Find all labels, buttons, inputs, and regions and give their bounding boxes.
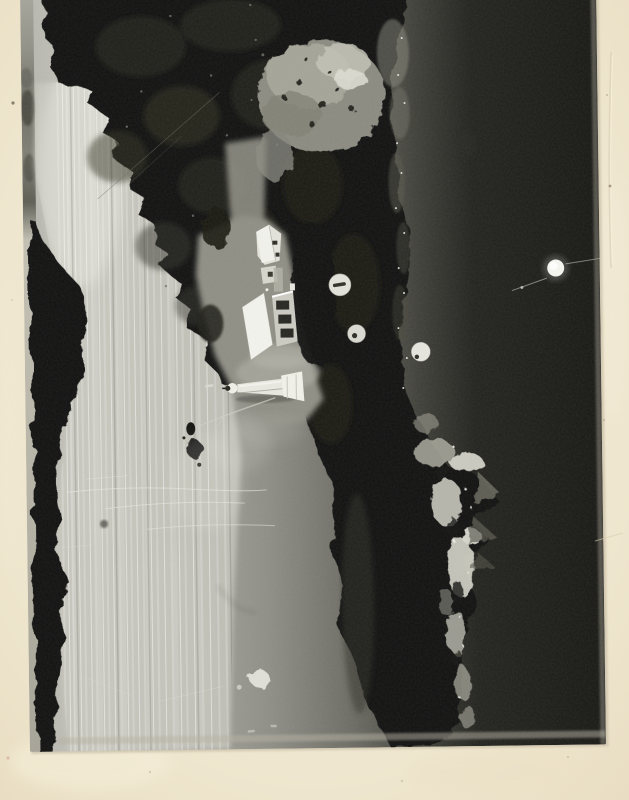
photograph: [19, 0, 606, 752]
scan-canvas: [0, 0, 629, 800]
scanned-photo-page: [0, 0, 629, 800]
tone-lift: [20, 0, 606, 752]
